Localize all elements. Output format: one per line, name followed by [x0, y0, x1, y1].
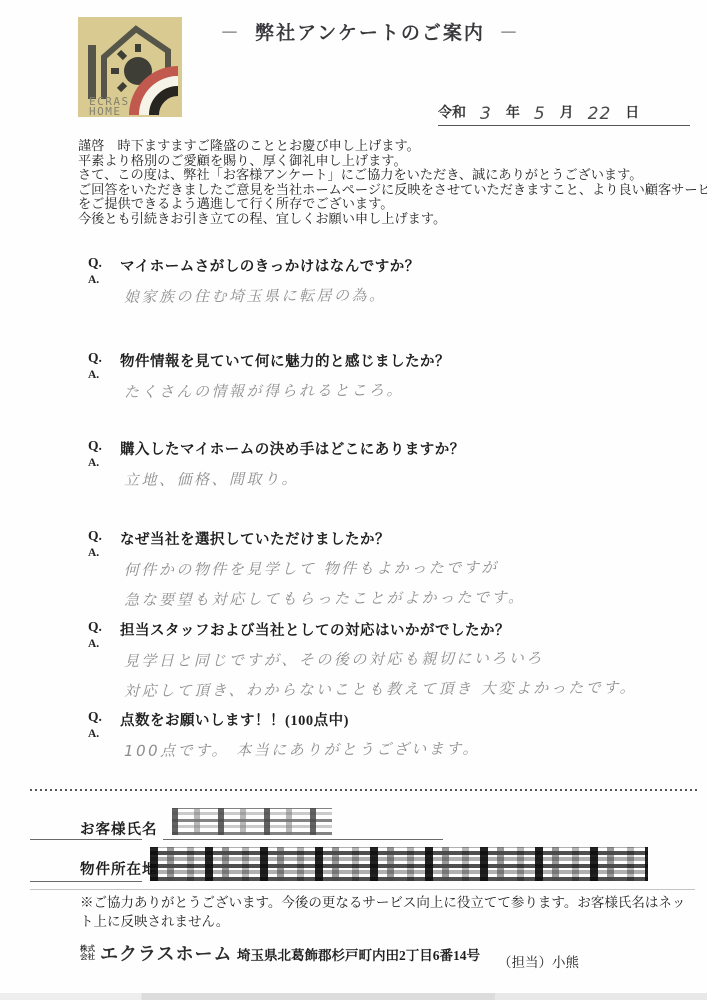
greeting-line: さて、この度は、弊社「お客様アンケート」にご協力をいただき、誠にありがとうござい… — [78, 168, 678, 183]
company-prefix-line2: 会社 — [80, 953, 95, 961]
date-day-value: 22 — [578, 104, 622, 124]
qa-labels: Q. A. — [88, 438, 108, 493]
customer-name-label: お客様氏名 — [80, 818, 158, 839]
title-left-dash: － — [206, 23, 255, 44]
a-label: A. — [88, 274, 108, 286]
company-staff: （担当）小熊 — [498, 951, 579, 971]
qa-block-5: Q. A. 担当スタッフおよび当社としての対応はいかがでしたか？ 見学日と同じで… — [88, 619, 688, 704]
answer-line: 立地、価格、間取り。 — [124, 461, 688, 495]
ecras-home-logo-icon: ECRAS HOME — [78, 17, 182, 117]
greeting-line: 平素より格別のご愛顧を賜り、厚く御礼申し上げます。 — [78, 154, 678, 169]
logo-text-home: HOME — [89, 105, 122, 117]
handwritten-answer: 100点です。 本当にありがとうございます。 — [124, 732, 688, 766]
qa-labels: Q. A. — [88, 528, 108, 613]
greeting-line: 謹啓 時下ますますご隆盛のこととお慶び申し上げます。 — [78, 139, 678, 154]
company-address: 埼玉県北葛飾郡杉戸町内田2丁目6番14号 — [237, 944, 480, 964]
handwritten-answer: 娘家族の住む埼玉県に転居の為。 — [124, 278, 688, 312]
date-month-unit: 月 — [560, 102, 574, 122]
handwritten-answer: たくさんの情報が得られるところ。 — [124, 373, 688, 407]
date-line: 令和 3 年 5 月 22 日 — [438, 102, 690, 126]
date-year-value: 3 — [470, 104, 502, 124]
question-text: 点数をお願いします！！(100点中) — [120, 709, 688, 730]
survey-document-page: ECRAS HOME －弊社アンケートのご案内－ 令和 3 年 5 月 22 日… — [0, 0, 707, 1000]
handwritten-answer: 見学日と同じですが、その後の対応も親切にいろいろ 対応して頂き、わからないことも… — [124, 642, 688, 706]
greeting-paragraph: 謹啓 時下ますますご隆盛のこととお慶び申し上げます。 平素より格別のご愛顧を賜り… — [78, 139, 678, 227]
date-day-unit: 日 — [625, 102, 639, 122]
greeting-line: をご提供できるよう邁進して行く所存でございます。 — [78, 197, 678, 212]
a-label: A. — [88, 638, 108, 650]
answer-line: 急な要望も対応してもらったことがよかったです。 — [124, 581, 688, 615]
question-text: 購入したマイホームの決め手はどこにありますか？ — [120, 438, 688, 459]
customer-name-value-underline — [163, 839, 443, 840]
title-text: 弊社アンケートのご案内 — [255, 23, 485, 44]
a-label: A. — [88, 369, 108, 381]
scan-edge-shadow — [0, 993, 707, 1000]
qa-labels: Q. A. — [88, 350, 108, 405]
qa-block-2: Q. A. 物件情報を見ていて何に魅力的と感じましたか？ たくさんの情報が得られ… — [88, 350, 688, 405]
qa-block-1: Q. A. マイホームさがしのきっかけはなんですか？ 娘家族の住む埼玉県に転居の… — [88, 255, 688, 310]
q-label: Q. — [88, 438, 108, 454]
redacted-customer-name — [172, 808, 332, 835]
a-label: A. — [88, 547, 108, 559]
qa-labels: Q. A. — [88, 255, 108, 310]
qa-block-4: Q. A. なぜ当社を選択していただけましたか？ 何件かの物件を見学して 物件も… — [88, 528, 688, 613]
page-title: －弊社アンケートのご案内－ — [180, 18, 560, 45]
property-location-label-underline — [30, 881, 142, 882]
answer-line: 何件かの物件を見学して 物件もよかったですが — [124, 551, 688, 585]
q-label: Q. — [88, 528, 108, 544]
qa-block-3: Q. A. 購入したマイホームの決め手はどこにありますか？ 立地、価格、間取り。 — [88, 438, 688, 493]
greeting-line: 今後とも引続きお引き立ての程、宜しくお願い申し上げます。 — [78, 212, 678, 227]
handwritten-answer: 何件かの物件を見学して 物件もよかったですが 急な要望も対応してもらったことがよ… — [124, 551, 688, 615]
question-text: マイホームさがしのきっかけはなんですか？ — [120, 255, 688, 276]
q-label: Q. — [88, 255, 108, 271]
customer-name-label-underline — [30, 839, 142, 840]
q-label: Q. — [88, 709, 108, 725]
footer-note: ※ご協力ありがとうございます。今後の更なるサービス向上に役立てて参ります。お客様… — [80, 893, 686, 931]
date-month-value: 5 — [524, 104, 556, 124]
handwritten-answer: 立地、価格、間取り。 — [124, 461, 688, 495]
date-year-unit: 年 — [506, 102, 520, 122]
q-label: Q. — [88, 619, 108, 635]
property-location-label: 物件所在地 — [80, 858, 158, 879]
dotted-separator — [30, 789, 698, 791]
qa-block-6: Q. A. 点数をお願いします！！(100点中) 100点です。 本当にありがと… — [88, 709, 688, 764]
title-right-dash: － — [485, 23, 534, 44]
answer-line: 対応して頂き、わからないことも教えて頂き 大変よかったです。 — [124, 672, 688, 706]
date-era: 令和 — [438, 102, 466, 122]
q-label: Q. — [88, 350, 108, 366]
redacted-property-location — [150, 847, 648, 881]
a-label: A. — [88, 728, 108, 740]
property-location-value-underline — [30, 889, 695, 890]
question-text: 物件情報を見ていて何に魅力的と感じましたか？ — [120, 350, 688, 371]
company-footer: 株式 会社 エクラスホーム 埼玉県北葛飾郡杉戸町内田2丁目6番14号 （担当）小… — [80, 938, 680, 978]
answer-line: 100点です。 本当にありがとうございます。 — [124, 732, 688, 766]
question-text: 担当スタッフおよび当社としての対応はいかがでしたか？ — [120, 619, 688, 640]
company-logo: ECRAS HOME — [78, 17, 182, 117]
answer-line: 見学日と同じですが、その後の対応も親切にいろいろ — [124, 642, 688, 676]
qa-labels: Q. A. — [88, 709, 108, 764]
qa-labels: Q. A. — [88, 619, 108, 704]
answer-line: たくさんの情報が得られるところ。 — [124, 373, 688, 407]
company-name: エクラスホーム — [100, 940, 232, 966]
question-text: なぜ当社を選択していただけましたか？ — [120, 528, 688, 549]
a-label: A. — [88, 457, 108, 469]
company-prefix: 株式 会社 — [80, 945, 95, 960]
answer-line: 娘家族の住む埼玉県に転居の為。 — [124, 278, 688, 312]
